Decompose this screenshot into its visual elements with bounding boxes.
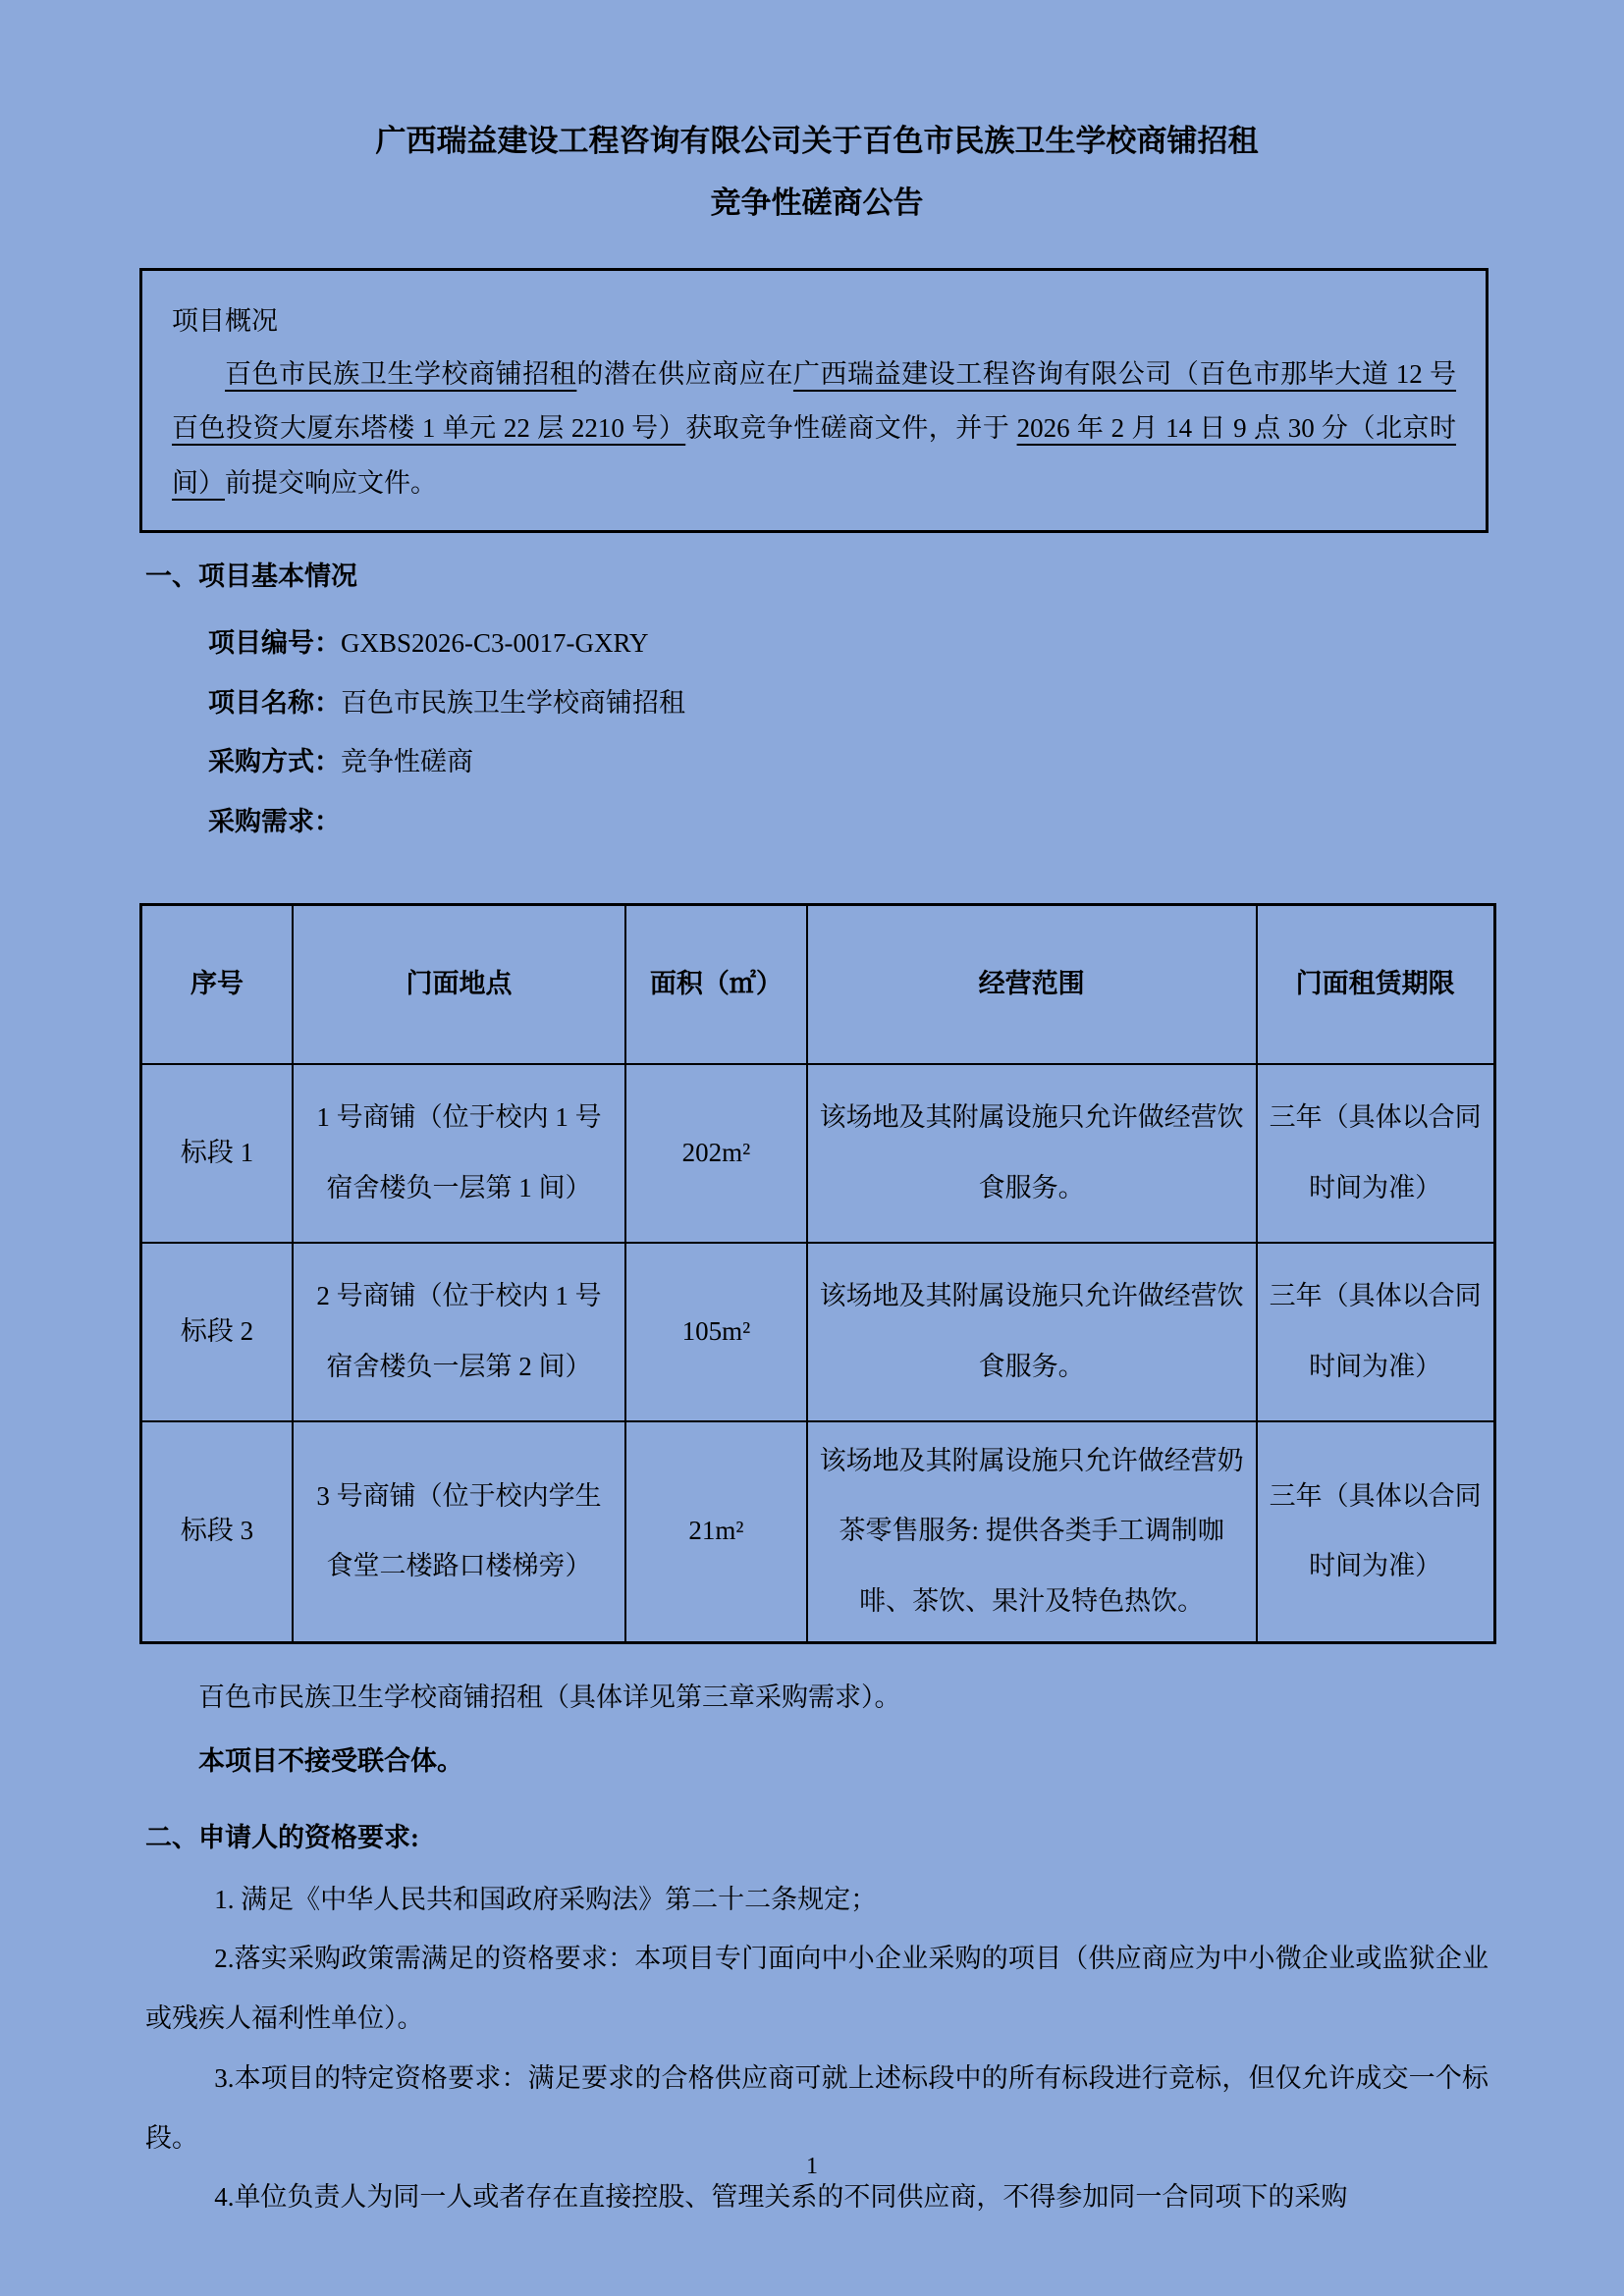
header-lease-term: 门面租赁期限	[1257, 904, 1495, 1064]
cell-area: 202m²	[625, 1064, 807, 1243]
no-consortium-statement: 本项目不接受联合体。	[145, 1733, 1489, 1790]
cell-area: 105m²	[625, 1243, 807, 1421]
field-project-number: 项目编号：GXBS2026-C3-0017-GXRY	[208, 614, 1489, 673]
qualification-item-1: 1. 满足《中华人民共和国政府采购法》第二十二条规定；	[145, 1870, 1489, 1930]
document-title-line1: 广西瑞益建设工程咨询有限公司关于百色市民族卫生学校商铺招租	[145, 126, 1489, 158]
page-number: 1	[0, 2154, 1624, 2180]
table-row: 标段 2 2 号商铺（位于校内 1 号宿舍楼负一层第 2 间） 105m² 该场…	[141, 1243, 1495, 1421]
cell-sequence: 标段 1	[141, 1064, 293, 1243]
document-title-line2: 竞争性磋商公告	[145, 187, 1489, 220]
cell-location: 2 号商铺（位于校内 1 号宿舍楼负一层第 2 间）	[293, 1243, 625, 1421]
field-procurement-demand: 采购需求：	[208, 792, 1489, 852]
table-row: 标段 1 1 号商铺（位于校内 1 号宿舍楼负一层第 1 间） 202m² 该场…	[141, 1064, 1495, 1243]
section1-heading: 一、项目基本情况	[145, 559, 1489, 596]
header-location: 门面地点	[293, 904, 625, 1064]
cell-business-scope: 该场地及其附属设施只允许做经营饮食服务。	[807, 1243, 1257, 1421]
qualification-item-3: 3.本项目的特定资格要求：满足要求的合格供应商可就上述标段中的所有标段进行竞标，…	[145, 2049, 1489, 2168]
cell-lease-term: 三年（具体以合同时间为准）	[1257, 1421, 1495, 1642]
cell-business-scope: 该场地及其附属设施只允许做经营奶茶零售服务: 提供各类手工调制咖啡、茶饮、果汁及…	[807, 1421, 1257, 1642]
cell-business-scope: 该场地及其附属设施只允许做经营饮食服务。	[807, 1064, 1257, 1243]
field-project-name: 项目名称：百色市民族卫生学校商铺招租	[208, 673, 1489, 733]
overview-segment-text-2: 获取竞争性磋商文件，并于	[685, 413, 1016, 443]
section2-heading: 二、申请人的资格要求:	[145, 1811, 1489, 1864]
cell-lease-term: 三年（具体以合同时间为准）	[1257, 1064, 1495, 1243]
field-project-name-value: 百色市民族卫生学校商铺招租	[341, 688, 685, 718]
document-page: 广西瑞益建设工程咨询有限公司关于百色市民族卫生学校商铺招租 竞争性磋商公告 项目…	[0, 0, 1624, 2296]
cell-location: 3 号商铺（位于校内学生食堂二楼路口楼梯旁）	[293, 1421, 625, 1642]
overview-paragraph: 百色市民族卫生学校商铺招租的潜在供应商应在广西瑞益建设工程咨询有限公司（百色市那…	[172, 347, 1456, 510]
field-procurement-method: 采购方式：竞争性磋商	[208, 732, 1489, 792]
field-procurement-method-label: 采购方式：	[208, 747, 341, 776]
field-project-name-label: 项目名称：	[208, 688, 341, 718]
procurement-demand-table: 序号 门面地点 面积（㎡） 经营范围 门面租赁期限 标段 1 1 号商铺（位于校…	[139, 903, 1496, 1644]
header-business-scope: 经营范围	[807, 904, 1257, 1064]
field-project-number-label: 项目编号：	[208, 628, 341, 658]
header-sequence: 序号	[141, 904, 293, 1064]
header-area: 面积（㎡）	[625, 904, 807, 1064]
table-note: 百色市民族卫生学校商铺招租（具体详见第三章采购需求）。	[145, 1670, 1489, 1726]
project-overview-box: 项目概况 百色市民族卫生学校商铺招租的潜在供应商应在广西瑞益建设工程咨询有限公司…	[139, 268, 1489, 533]
field-procurement-method-value: 竞争性磋商	[341, 747, 473, 776]
cell-location: 1 号商铺（位于校内 1 号宿舍楼负一层第 1 间）	[293, 1064, 625, 1243]
field-procurement-demand-label: 采购需求：	[208, 807, 341, 836]
table-row: 标段 3 3 号商铺（位于校内学生食堂二楼路口楼梯旁） 21m² 该场地及其附属…	[141, 1421, 1495, 1642]
field-project-number-value: GXBS2026-C3-0017-GXRY	[341, 628, 649, 658]
qualification-item-2: 2.落实采购政策需满足的资格要求：本项目专门面向中小企业采购的项目（供应商应为中…	[145, 1929, 1489, 2049]
overview-segment-text-1: 的潜在供应商应在	[576, 359, 793, 389]
cell-sequence: 标段 3	[141, 1421, 293, 1642]
overview-heading: 项目概况	[172, 294, 1456, 347]
overview-segment-project: 百色市民族卫生学校商铺招租	[225, 359, 576, 389]
overview-segment-text-3: 前提交响应文件。	[225, 468, 437, 498]
cell-area: 21m²	[625, 1421, 807, 1642]
cell-sequence: 标段 2	[141, 1243, 293, 1421]
cell-lease-term: 三年（具体以合同时间为准）	[1257, 1243, 1495, 1421]
table-header-row: 序号 门面地点 面积（㎡） 经营范围 门面租赁期限	[141, 904, 1495, 1064]
